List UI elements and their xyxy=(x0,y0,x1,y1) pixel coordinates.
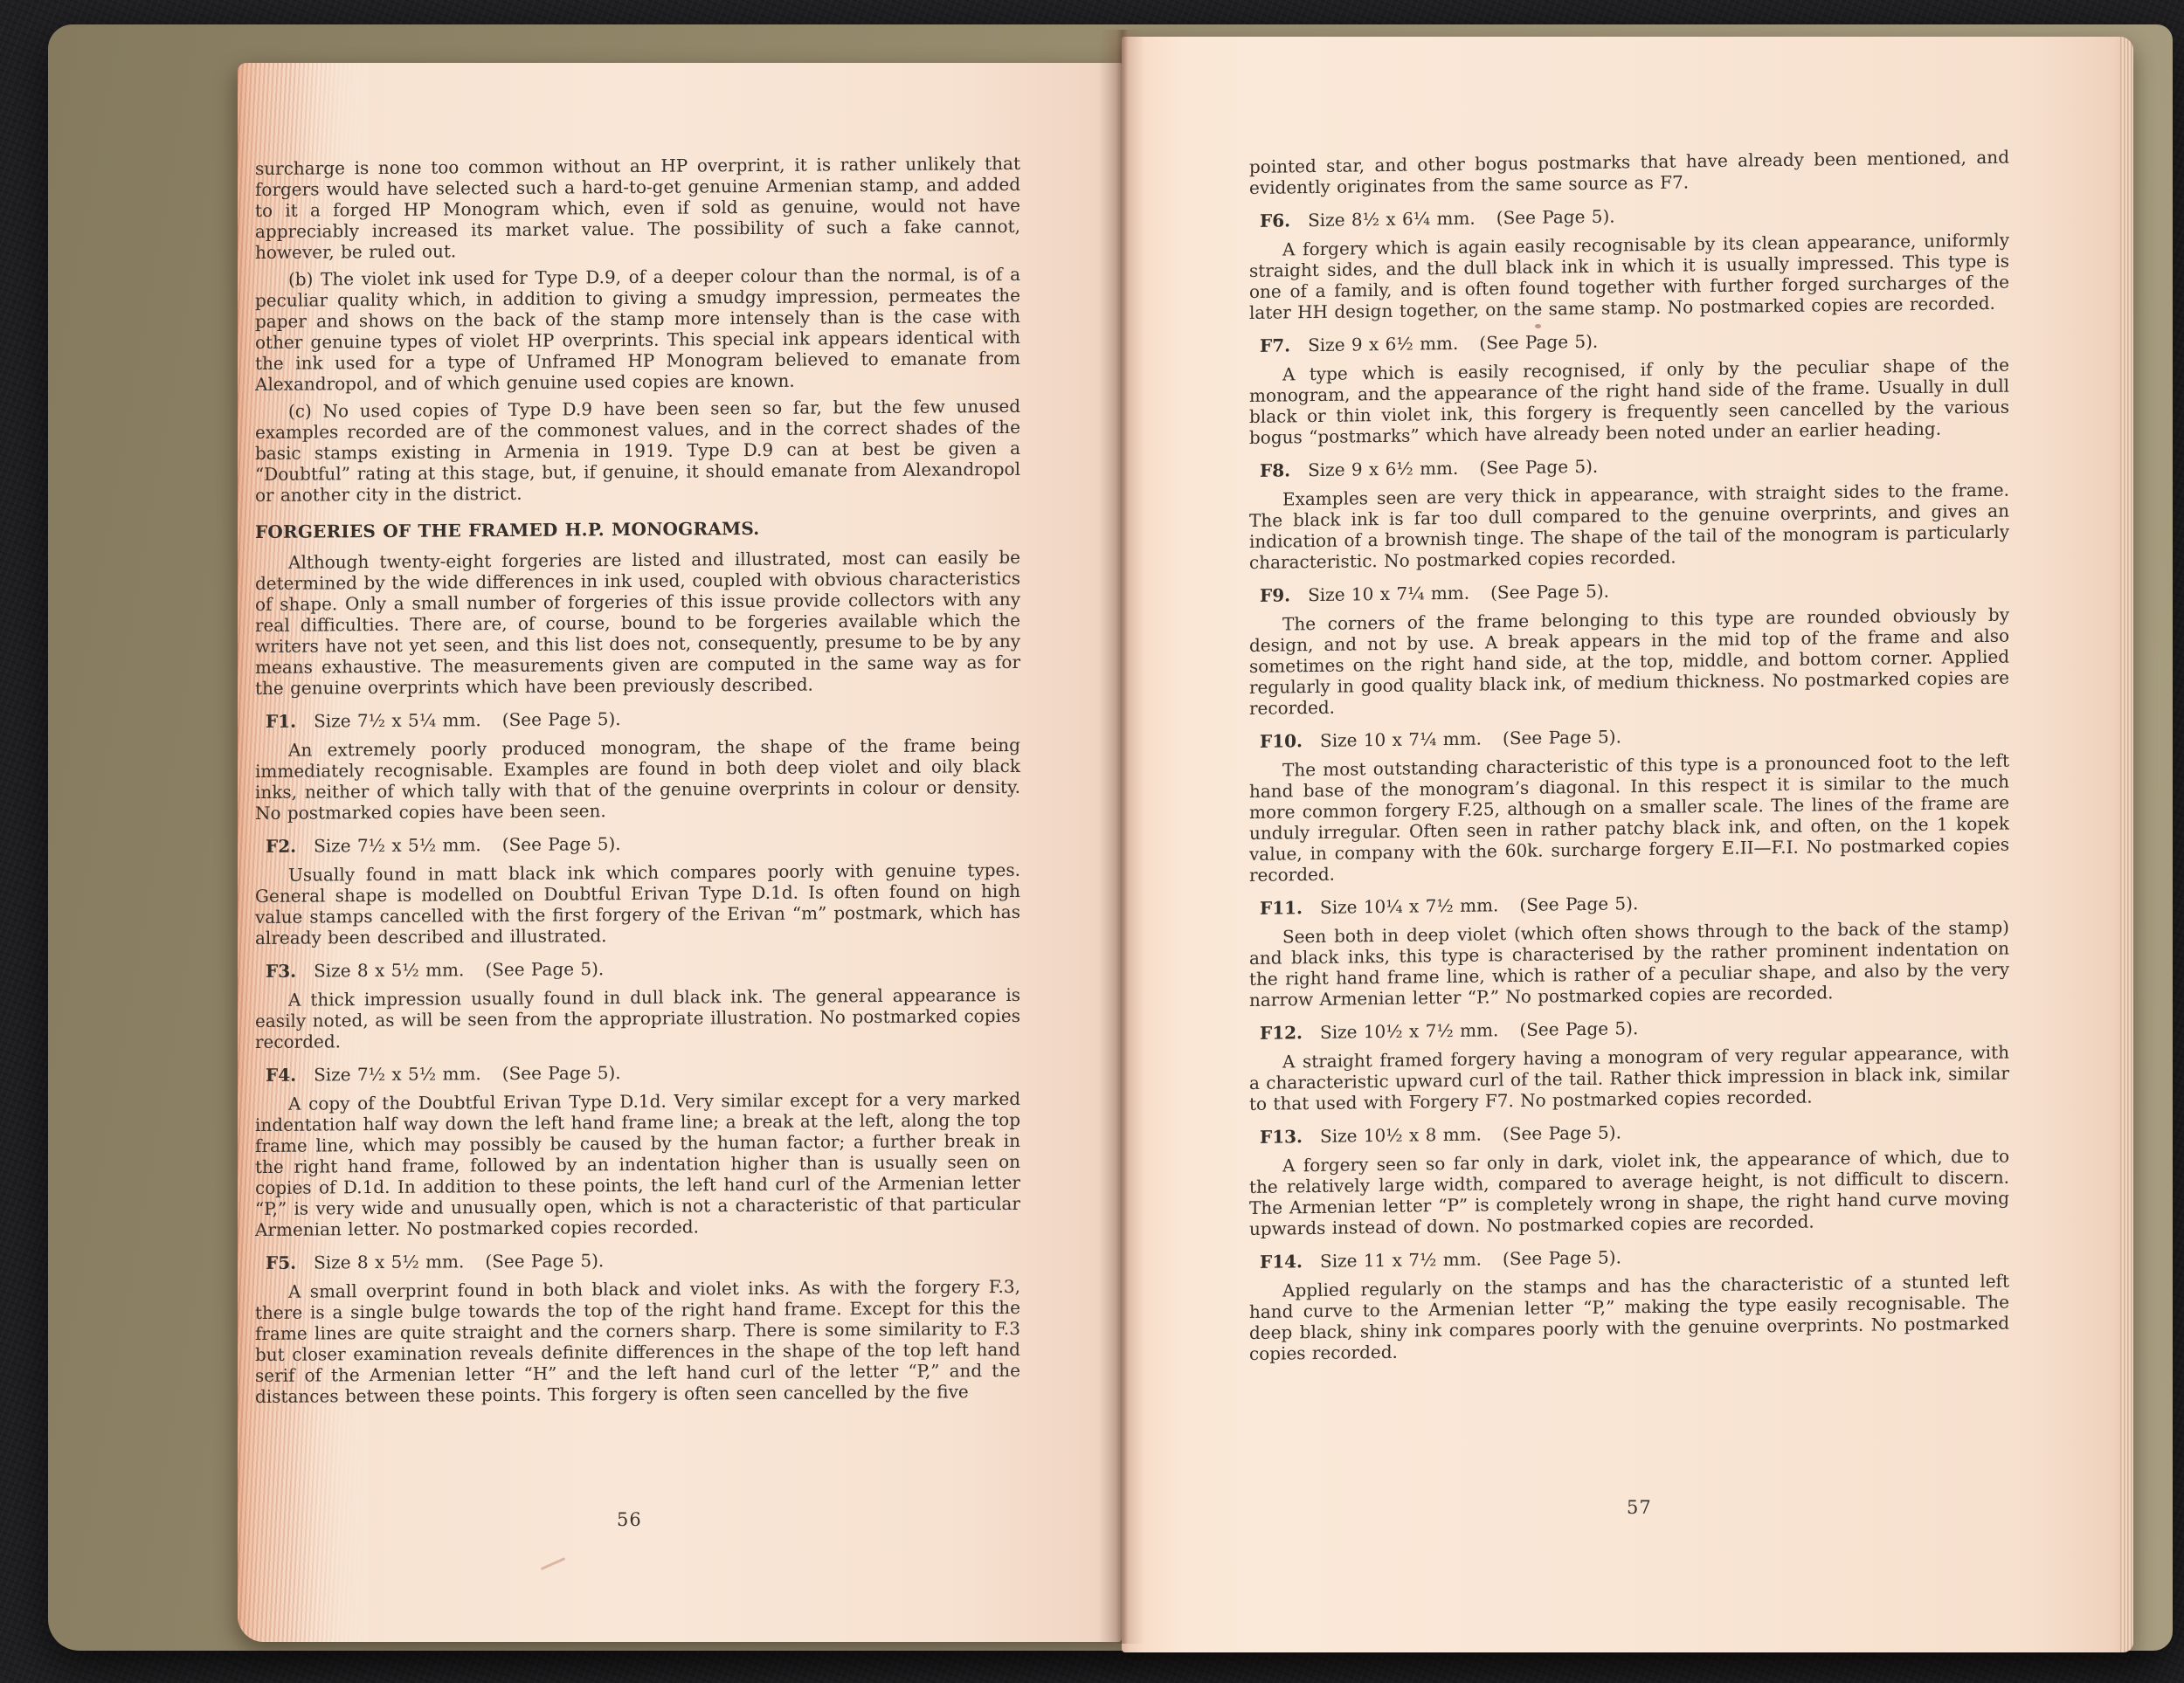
forgery-size: Size 7½ x 5½ mm. xyxy=(314,1063,481,1085)
forgery-entry-heading: F7.Size 9 x 6½ mm.(See Page 5). xyxy=(1249,326,2009,356)
see-page-ref: (See Page 5). xyxy=(502,1062,621,1084)
forgery-entry-heading: F12.Size 10½ x 7½ mm.(See Page 5). xyxy=(1249,1013,2009,1044)
forgery-size: Size 10 x 7¼ mm. xyxy=(1320,728,1482,751)
forgery-description: An extremely poorly produced monogram, t… xyxy=(255,735,1020,824)
page-number: 56 xyxy=(617,1509,642,1530)
forgery-entry: F4.Size 7½ x 5½ mm.(See Page 5). A copy … xyxy=(255,1059,1020,1240)
forgery-entry-heading: F6.Size 8½ x 6¼ mm.(See Page 5). xyxy=(1249,201,2009,231)
forgery-label: F3. xyxy=(266,961,296,982)
forgery-label: F5. xyxy=(266,1252,296,1273)
forgery-description: Usually found in matt black ink which co… xyxy=(255,859,1020,948)
forgery-entry: F2.Size 7½ x 5½ mm.(See Page 5). Usually… xyxy=(255,831,1020,948)
see-page-ref: (See Page 5). xyxy=(502,708,621,730)
right-page-fore-edge xyxy=(2120,37,2133,1652)
see-page-ref: (See Page 5). xyxy=(1503,1246,1621,1269)
forgery-entry: F9.Size 10 x 7¼ mm.(See Page 5). The cor… xyxy=(1249,576,2009,719)
forgery-description: Applied regularly on the stamps and has … xyxy=(1249,1271,2009,1364)
page-number: 57 xyxy=(1627,1497,1652,1518)
forgery-size: Size 7½ x 5½ mm. xyxy=(314,834,481,856)
see-page-ref: (See Page 5). xyxy=(485,958,604,980)
forgery-description: A small overprint found in both black an… xyxy=(255,1276,1020,1407)
section-heading: FORGERIES OF THE FRAMED H.P. MONOGRAMS. xyxy=(255,516,1020,542)
body-paragraph: (c) No used copies of Type D.9 have been… xyxy=(255,396,1020,506)
forgery-entry-heading: F2.Size 7½ x 5½ mm.(See Page 5). xyxy=(255,831,1020,857)
forgery-label: F10. xyxy=(1260,730,1303,752)
forgery-size: Size 8 x 5½ mm. xyxy=(314,959,464,981)
body-paragraph: surcharge is none too common without an … xyxy=(255,153,1020,263)
forgery-entry: F10.Size 10 x 7¼ mm.(See Page 5). The mo… xyxy=(1249,721,2009,886)
forgery-size: Size 10½ x 8 mm. xyxy=(1320,1124,1482,1147)
forgery-entry-heading: F10.Size 10 x 7¼ mm.(See Page 5). xyxy=(1249,721,2009,752)
forgery-entry-heading: F9.Size 10 x 7¼ mm.(See Page 5). xyxy=(1249,576,2009,606)
forgery-entry-heading: F13.Size 10½ x 8 mm.(See Page 5). xyxy=(1249,1117,2009,1148)
forgery-size: Size 10¼ x 7½ mm. xyxy=(1320,894,1498,918)
forgery-entry-heading: F3.Size 8 x 5½ mm.(See Page 5). xyxy=(255,955,1020,982)
forgery-size: Size 7½ x 5¼ mm. xyxy=(314,709,481,731)
see-page-ref: (See Page 5). xyxy=(1490,581,1609,604)
forgery-description: Seen both in deep violet (which often sh… xyxy=(1249,917,2009,1010)
forgery-description: A type which is easily recognised, if on… xyxy=(1249,355,2009,448)
right-page-text: pointed star, and other bogus postmarks … xyxy=(1249,147,2009,1364)
forgery-entry-heading: F4.Size 7½ x 5½ mm.(See Page 5). xyxy=(255,1059,1020,1086)
forgery-size: Size 9 x 6½ mm. xyxy=(1308,458,1458,480)
forgery-size: Size 8½ x 6¼ mm. xyxy=(1308,208,1476,231)
gutter-shadow xyxy=(1099,30,1144,1644)
forgery-entry: F3.Size 8 x 5½ mm.(See Page 5). A thick … xyxy=(255,955,1020,1052)
forgery-description: The corners of the frame belonging to th… xyxy=(1249,604,2009,719)
forgery-size: Size 9 x 6½ mm. xyxy=(1308,333,1458,355)
forgery-entry: F14.Size 11 x 7½ mm.(See Page 5). Applie… xyxy=(1249,1242,2009,1364)
see-page-ref: (See Page 5). xyxy=(485,1250,604,1272)
forgery-label: F13. xyxy=(1260,1126,1303,1148)
forgery-label: F12. xyxy=(1260,1022,1303,1044)
forgery-entry: F6.Size 8½ x 6¼ mm.(See Page 5). A forge… xyxy=(1249,201,2009,323)
forgery-description: A forgery which is again easily recognis… xyxy=(1249,230,2009,323)
forgery-description: Examples seen are very thick in appearan… xyxy=(1249,479,2009,573)
forgery-size: Size 11 x 7½ mm. xyxy=(1320,1249,1482,1272)
forgery-label: F2. xyxy=(266,836,296,857)
forgery-entry-heading: F11.Size 10¼ x 7½ mm.(See Page 5). xyxy=(1249,888,2009,919)
body-paragraph: Although twenty-eight forgeries are list… xyxy=(255,547,1020,699)
left-page-text: surcharge is none too common without an … xyxy=(255,153,1020,1407)
forgery-label: F4. xyxy=(266,1065,296,1086)
forgery-entry-heading: F1.Size 7½ x 5¼ mm.(See Page 5). xyxy=(255,706,1020,732)
forgery-description: A thick impression usually found in dull… xyxy=(255,984,1020,1052)
forgery-label: F6. xyxy=(1260,210,1290,231)
forgery-entry-heading: F8.Size 9 x 6½ mm.(See Page 5). xyxy=(1249,451,2009,481)
forgery-entry: F12.Size 10½ x 7½ mm.(See Page 5). A str… xyxy=(1249,1013,2009,1114)
forgery-entry: F8.Size 9 x 6½ mm.(See Page 5). Examples… xyxy=(1249,451,2009,573)
forgery-label: F8. xyxy=(1260,459,1290,480)
see-page-ref: (See Page 5). xyxy=(1503,726,1621,748)
see-page-ref: (See Page 5). xyxy=(1503,1121,1621,1144)
forgery-entry: F5.Size 8 x 5½ mm.(See Page 5). A small … xyxy=(255,1247,1020,1407)
forgery-size: Size 8 x 5½ mm. xyxy=(314,1251,464,1273)
forgery-entry: F11.Size 10¼ x 7½ mm.(See Page 5). Seen … xyxy=(1249,888,2009,1010)
forgery-label: F9. xyxy=(1260,584,1290,605)
see-page-ref: (See Page 5). xyxy=(502,833,621,855)
forgery-description: A straight framed forgery having a monog… xyxy=(1249,1042,2009,1114)
see-page-ref: (See Page 5). xyxy=(1519,893,1638,915)
forgery-label: F7. xyxy=(1260,335,1290,355)
forgery-label: F11. xyxy=(1260,897,1303,919)
forgery-entry-heading: F5.Size 8 x 5½ mm.(See Page 5). xyxy=(255,1247,1020,1273)
forgery-size: Size 10 x 7¼ mm. xyxy=(1308,583,1469,605)
forgery-entry: F13.Size 10½ x 8 mm.(See Page 5). A forg… xyxy=(1249,1117,2009,1239)
forgery-label: F14. xyxy=(1260,1251,1303,1273)
forgery-description: A copy of the Doubtful Erivan Type D.1d.… xyxy=(255,1088,1020,1240)
body-paragraph: (b) The violet ink used for Type D.9, of… xyxy=(255,264,1020,395)
body-paragraph: pointed star, and other bogus postmarks … xyxy=(1249,147,2009,198)
forgery-label: F1. xyxy=(266,711,296,732)
see-page-ref: (See Page 5). xyxy=(1519,1017,1638,1040)
forgery-description: A forgery seen so far only in dark, viol… xyxy=(1249,1146,2009,1239)
forgery-size: Size 10½ x 7½ mm. xyxy=(1320,1019,1498,1043)
forgery-entry-heading: F14.Size 11 x 7½ mm.(See Page 5). xyxy=(1249,1242,2009,1273)
see-page-ref: (See Page 5). xyxy=(1496,206,1615,229)
forgery-description: The most outstanding characteristic of t… xyxy=(1249,750,2009,886)
forgery-entry: F7.Size 9 x 6½ mm.(See Page 5). A type w… xyxy=(1249,326,2009,448)
see-page-ref: (See Page 5). xyxy=(1479,456,1598,479)
see-page-ref: (See Page 5). xyxy=(1479,331,1598,354)
forgery-entry: F1.Size 7½ x 5¼ mm.(See Page 5). An extr… xyxy=(255,706,1020,824)
